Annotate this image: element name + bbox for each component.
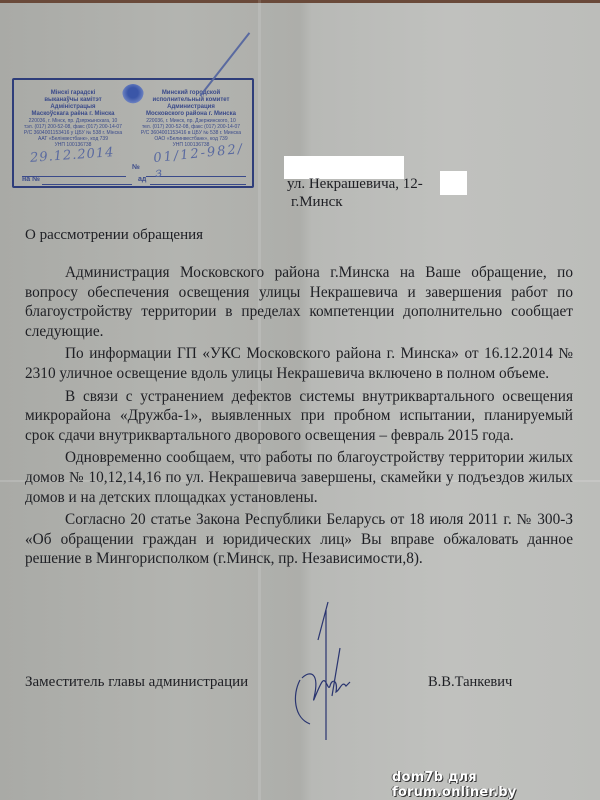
letter-subject: О рассмотрении обращения xyxy=(25,227,203,244)
letterhead-stamp: Мінскі гарадскі выканаўчы камітэт Адміні… xyxy=(12,78,254,188)
paragraph: Одновременно сообщаем, что работы по бла… xyxy=(25,448,573,507)
redacted-apartment-number xyxy=(440,171,467,195)
paragraph: В связи с устранением дефектов системы в… xyxy=(25,387,573,446)
recipient-city: г.Минск xyxy=(291,194,343,211)
stamp-line: выканаўчы камітэт xyxy=(14,97,132,104)
signatory-role: Заместитель главы администрации xyxy=(25,674,248,691)
stamp-line: Адміністрацыя xyxy=(14,104,132,111)
number-label: № xyxy=(132,164,140,171)
stamp-line: Маскоўскага раёна г. Мінска xyxy=(14,111,132,118)
from-line xyxy=(150,176,246,185)
stamp-line: Московского района г. Минска xyxy=(132,111,250,118)
handwritten-signature xyxy=(270,600,390,750)
from-label: ад xyxy=(138,176,146,183)
stamp-russian-column: Минский городской исполнительный комитет… xyxy=(132,90,250,148)
stamp-belarusian-column: Мінскі гарадскі выканаўчы камітэт Адміні… xyxy=(14,90,132,148)
paragraph: Согласно 20 статье Закона Республики Бел… xyxy=(25,510,573,569)
stamp-line: Администрация xyxy=(132,104,250,111)
recipient-street: ул. Некрашевича, 12- xyxy=(287,176,423,193)
reply-to-label: на № xyxy=(22,176,40,183)
stamp-line: Мінскі гарадскі xyxy=(14,90,132,97)
photo-top-edge xyxy=(0,0,600,3)
stamp-line: Минский городской xyxy=(132,90,250,97)
signatory-name: В.В.Танкевич xyxy=(428,674,512,691)
stamp-line: исполнительный комитет xyxy=(132,97,250,104)
letter-body: Администрация Московского района г.Минск… xyxy=(25,263,573,569)
paragraph: По информации ГП «УКС Московского района… xyxy=(25,344,573,383)
forum-watermark: dom7b для forum.onliner.by xyxy=(392,770,600,800)
paragraph: Администрация Московского района г.Минск… xyxy=(25,263,573,341)
reply-to-line xyxy=(42,176,132,185)
